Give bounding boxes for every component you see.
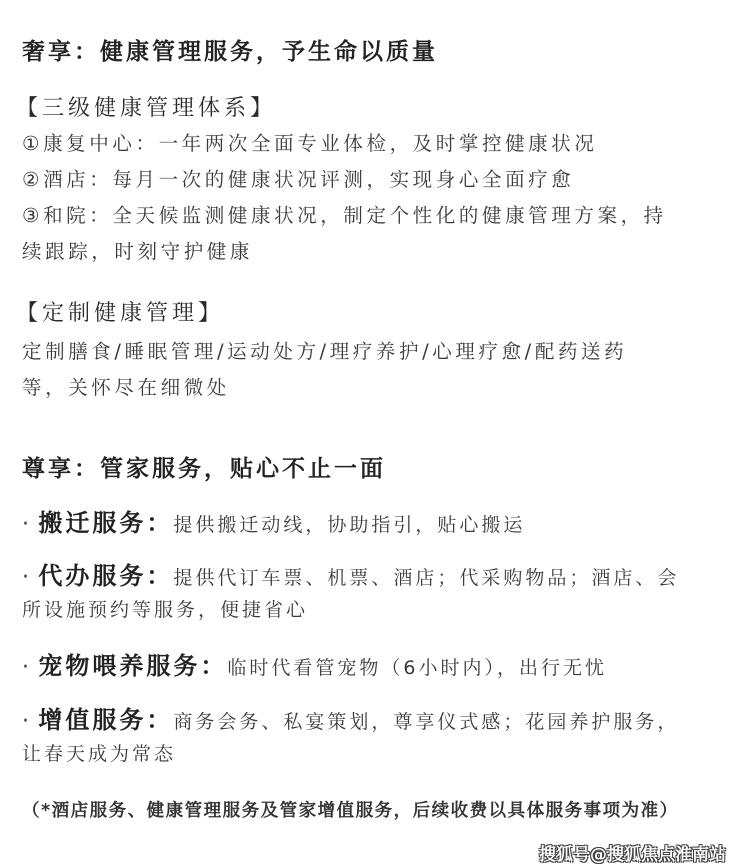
section-title-health: 奢享：健康管理服务，予生命以质量 bbox=[22, 33, 438, 66]
section-title-butler: 尊享：管家服务，贴心不止一面 bbox=[22, 450, 386, 483]
bullet-dot: · bbox=[22, 512, 32, 537]
service-desc: 提供代订车票、机票、酒店；代采购物品；酒店、会 bbox=[173, 567, 679, 589]
service-name: 宠物喂养服务： bbox=[38, 652, 227, 680]
footnote: （*酒店服务、健康管理服务及管家增值服务，后续收费以具体服务事项为准） bbox=[22, 797, 679, 822]
service-item-moving: ·搬迁服务：提供搬迁动线，协助指引，贴心搬运 bbox=[22, 503, 525, 538]
service-item-pet: ·宠物喂养服务：临时代看管宠物（6小时内），出行无忧 bbox=[22, 646, 607, 681]
bullet-dot: · bbox=[22, 565, 32, 590]
service-name: 增值服务： bbox=[38, 706, 173, 734]
custom-health-line: 等，关怀尽在细微处 bbox=[22, 372, 230, 400]
list-item: ②酒店：每月一次的健康状况评测，实现身心全面疗愈 bbox=[22, 164, 574, 192]
bullet-dot: · bbox=[22, 655, 32, 680]
subsection-heading-three-level: 【三级健康管理体系】 bbox=[16, 91, 276, 122]
custom-health-line: 定制膳食/睡眠管理/运动处方/理疗养护/心理疗愈/配药送药 bbox=[22, 336, 627, 364]
service-desc-continuation: 让春天成为常态 bbox=[22, 739, 176, 766]
list-item: ③和院：全天候监测健康状况，制定个性化的健康管理方案，持 bbox=[22, 200, 667, 228]
service-item-errand: ·代办服务：提供代订车票、机票、酒店；代采购物品；酒店、会 bbox=[22, 556, 679, 591]
service-name: 代办服务： bbox=[38, 562, 173, 590]
service-item-value-added: ·增值服务：商务会务、私宴策划，尊享仪式感；花园养护服务， bbox=[22, 700, 679, 735]
list-item: ①康复中心：一年两次全面专业体检，及时掌控健康状况 bbox=[22, 128, 597, 156]
list-item-continuation: 续跟踪，时刻守护健康 bbox=[22, 236, 253, 264]
service-name: 搬迁服务： bbox=[38, 509, 173, 537]
article-page: 奢享：健康管理服务，予生命以质量 【三级健康管理体系】 ①康复中心：一年两次全面… bbox=[0, 0, 740, 865]
service-desc-continuation: 所设施预约等服务，便捷省心 bbox=[22, 595, 308, 622]
watermark: 搜狐号@搜狐焦点淮南站 bbox=[539, 840, 726, 865]
service-desc: 临时代看管宠物（6小时内），出行无忧 bbox=[227, 657, 607, 679]
bullet-dot: · bbox=[22, 709, 32, 734]
service-desc: 提供搬迁动线，协助指引，贴心搬运 bbox=[173, 514, 525, 536]
service-desc: 商务会务、私宴策划，尊享仪式感；花园养护服务， bbox=[173, 711, 679, 733]
subsection-heading-custom-health: 【定制健康管理】 bbox=[16, 296, 224, 327]
